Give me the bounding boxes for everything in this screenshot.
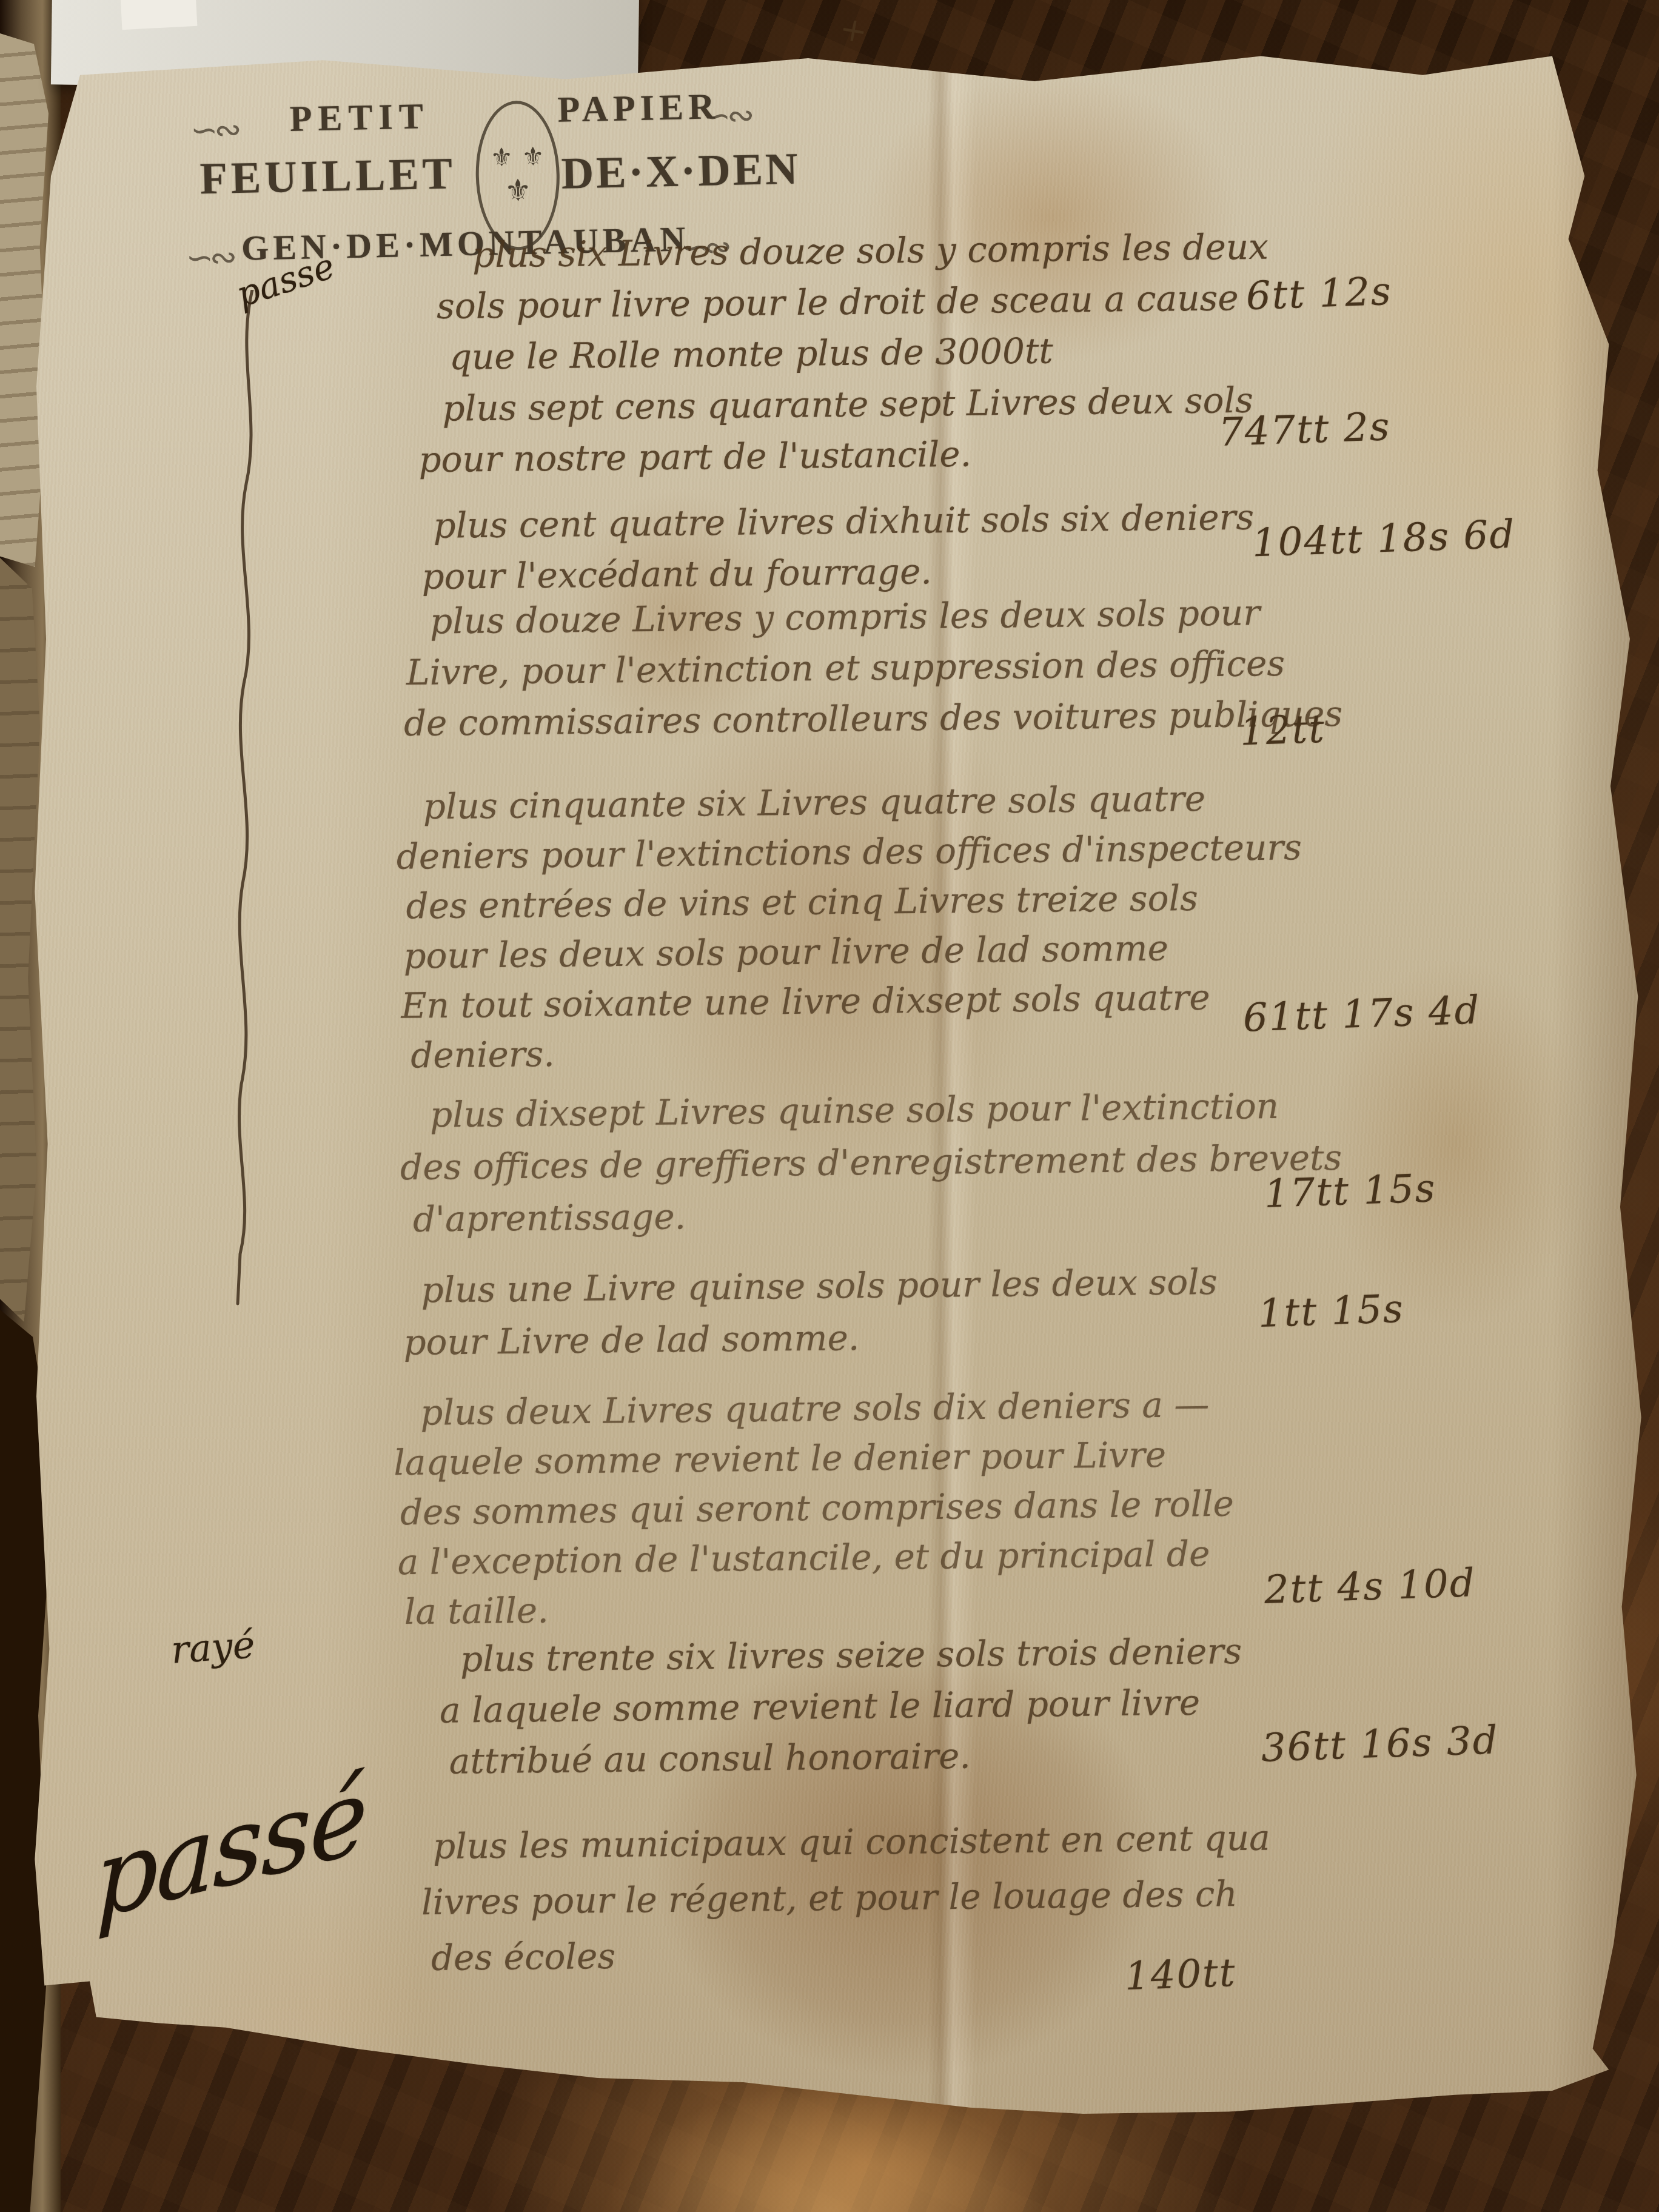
ledger-entry: plus sept cens quarante sept Livres deux… bbox=[418, 375, 1254, 485]
entry-line: deniers pour l'extinctions des offices d… bbox=[396, 822, 1302, 882]
entry-line: des sommes qui seront comprises dans le … bbox=[400, 1479, 1235, 1537]
scroll-ornament-icon: ∽∾ bbox=[190, 110, 238, 150]
entry-line: plus douze Livres y compris les deux sol… bbox=[430, 586, 1342, 647]
entry-line: d'aprentissage. bbox=[412, 1184, 1342, 1245]
ledger-entry: plus cinquante six Livres quatre sols qu… bbox=[389, 773, 1304, 1081]
margin-note-passe-flourish: passé bbox=[95, 1753, 366, 1943]
entry-line: a l'exception de l'ustancile, et du prin… bbox=[397, 1529, 1235, 1587]
fleur-de-lis-icon: ⚜ bbox=[490, 145, 514, 171]
entry-amount: 1tt 15s bbox=[1258, 1287, 1405, 1336]
entry-line: sols pour livre pour le droit de sceau a… bbox=[437, 272, 1270, 332]
entry-line: plus six Livres douze sols y compris les… bbox=[472, 221, 1269, 281]
entry-amount: 17tt 15s bbox=[1264, 1166, 1437, 1217]
entry-line: de commissaires controlleurs des voiture… bbox=[403, 688, 1342, 749]
entry-line: pour nostre part de l'ustancile. bbox=[418, 426, 1254, 485]
entry-amount: 2tt 4s 10d bbox=[1264, 1561, 1476, 1613]
ledger-entry: plus cent quatre livres dixhuit sols six… bbox=[412, 492, 1255, 603]
entry-line: Livre, pour l'extinction et suppression … bbox=[406, 637, 1342, 698]
entry-line: plus les municipaux qui concistent en ce… bbox=[433, 1810, 1271, 1874]
ledger-entry: plus dixsept Livres quinse sols pour l'e… bbox=[400, 1079, 1343, 1245]
entry-line: attribué au consul honoraire. bbox=[449, 1728, 1243, 1787]
entry-amount: 104tt 18s 6d bbox=[1252, 512, 1517, 566]
ledger-entry: plus deux Livres quatre sols dix deniers… bbox=[393, 1379, 1235, 1637]
ledger-entry: plus douze Livres y compris les deux sol… bbox=[403, 586, 1343, 749]
stamp-word-feuillet: FEUILLET bbox=[199, 148, 457, 205]
entry-line: plus deux Livres quatre sols dix deniers… bbox=[420, 1379, 1233, 1438]
fleur-de-lis-icon: ⚜ bbox=[521, 144, 545, 170]
scroll-ornament-icon: ∽∾ bbox=[703, 96, 751, 135]
entry-line: plus dixsept Livres quinse sols pour l'e… bbox=[430, 1079, 1342, 1141]
entry-line: En tout soixante une livre dixsept sols … bbox=[401, 971, 1304, 1031]
margin-verification-line bbox=[226, 290, 286, 1315]
margin-note-raye: rayé bbox=[170, 1622, 256, 1672]
entry-line: que le Rolle monte plus de 3000tt bbox=[449, 323, 1270, 383]
fleur-de-lis-icon: ⚜ bbox=[504, 175, 532, 206]
stamp-word-papier: PAPIER bbox=[557, 85, 720, 131]
page-mark: + bbox=[837, 9, 871, 52]
entry-line: plus trente six livres seize sols trois … bbox=[460, 1626, 1242, 1684]
stamp-word-petit: PETIT bbox=[289, 95, 429, 140]
ledger-entry: plus trente six livres seize sols trois … bbox=[424, 1626, 1243, 1787]
ledger-entry: plus six Livres douze sols y compris les… bbox=[427, 221, 1270, 383]
entry-line: a laquele somme revient le liard pour li… bbox=[440, 1677, 1243, 1736]
entry-line: pour les deux sols pour livre de lad som… bbox=[403, 922, 1303, 981]
entry-line: plus cinquante six Livres quatre sols qu… bbox=[423, 773, 1301, 831]
entry-line: plus une Livre quinse sols pour les deux… bbox=[421, 1256, 1218, 1316]
stamp-word-dexden: DE·X·DEN bbox=[561, 143, 801, 199]
manuscript-photo: ∽∾ PETIT PAPIER ∽∾ FEUILLET DE·X·DEN ⚜ ⚜… bbox=[0, 0, 1659, 2212]
entry-amount: 61tt 17s 4d bbox=[1242, 988, 1481, 1041]
entry-line: laquele somme revient le denier pour Liv… bbox=[394, 1429, 1234, 1487]
entry-line: plus cent quatre livres dixhuit sols six… bbox=[433, 492, 1254, 551]
entry-line: livres pour le régent, et pour le louage… bbox=[421, 1866, 1272, 1931]
ledger-entry: plus une Livre quinse sols pour les deux… bbox=[397, 1256, 1218, 1369]
entry-amount: 140tt bbox=[1124, 1951, 1237, 1999]
entry-amount: 36tt 16s 3d bbox=[1261, 1718, 1500, 1771]
entry-line: pour Livre de lad somme. bbox=[403, 1308, 1218, 1369]
entry-line: des entrées de vins et cinq Livres treiz… bbox=[406, 872, 1302, 931]
entry-line: des offices de greffiers d'enregistremen… bbox=[400, 1131, 1342, 1193]
ink-layer: ∽∾ PETIT PAPIER ∽∾ FEUILLET DE·X·DEN ⚜ ⚜… bbox=[0, 0, 1659, 2212]
entry-amount: 6tt 12s bbox=[1245, 269, 1393, 319]
entry-line: deniers. bbox=[411, 1021, 1304, 1080]
entry-line: plus sept cens quarante sept Livres deux… bbox=[442, 375, 1253, 434]
entry-amount: 747tt 2s bbox=[1218, 404, 1392, 455]
entry-amount: 12tt bbox=[1239, 707, 1326, 755]
scroll-ornament-icon: ∽∾ bbox=[186, 238, 234, 277]
